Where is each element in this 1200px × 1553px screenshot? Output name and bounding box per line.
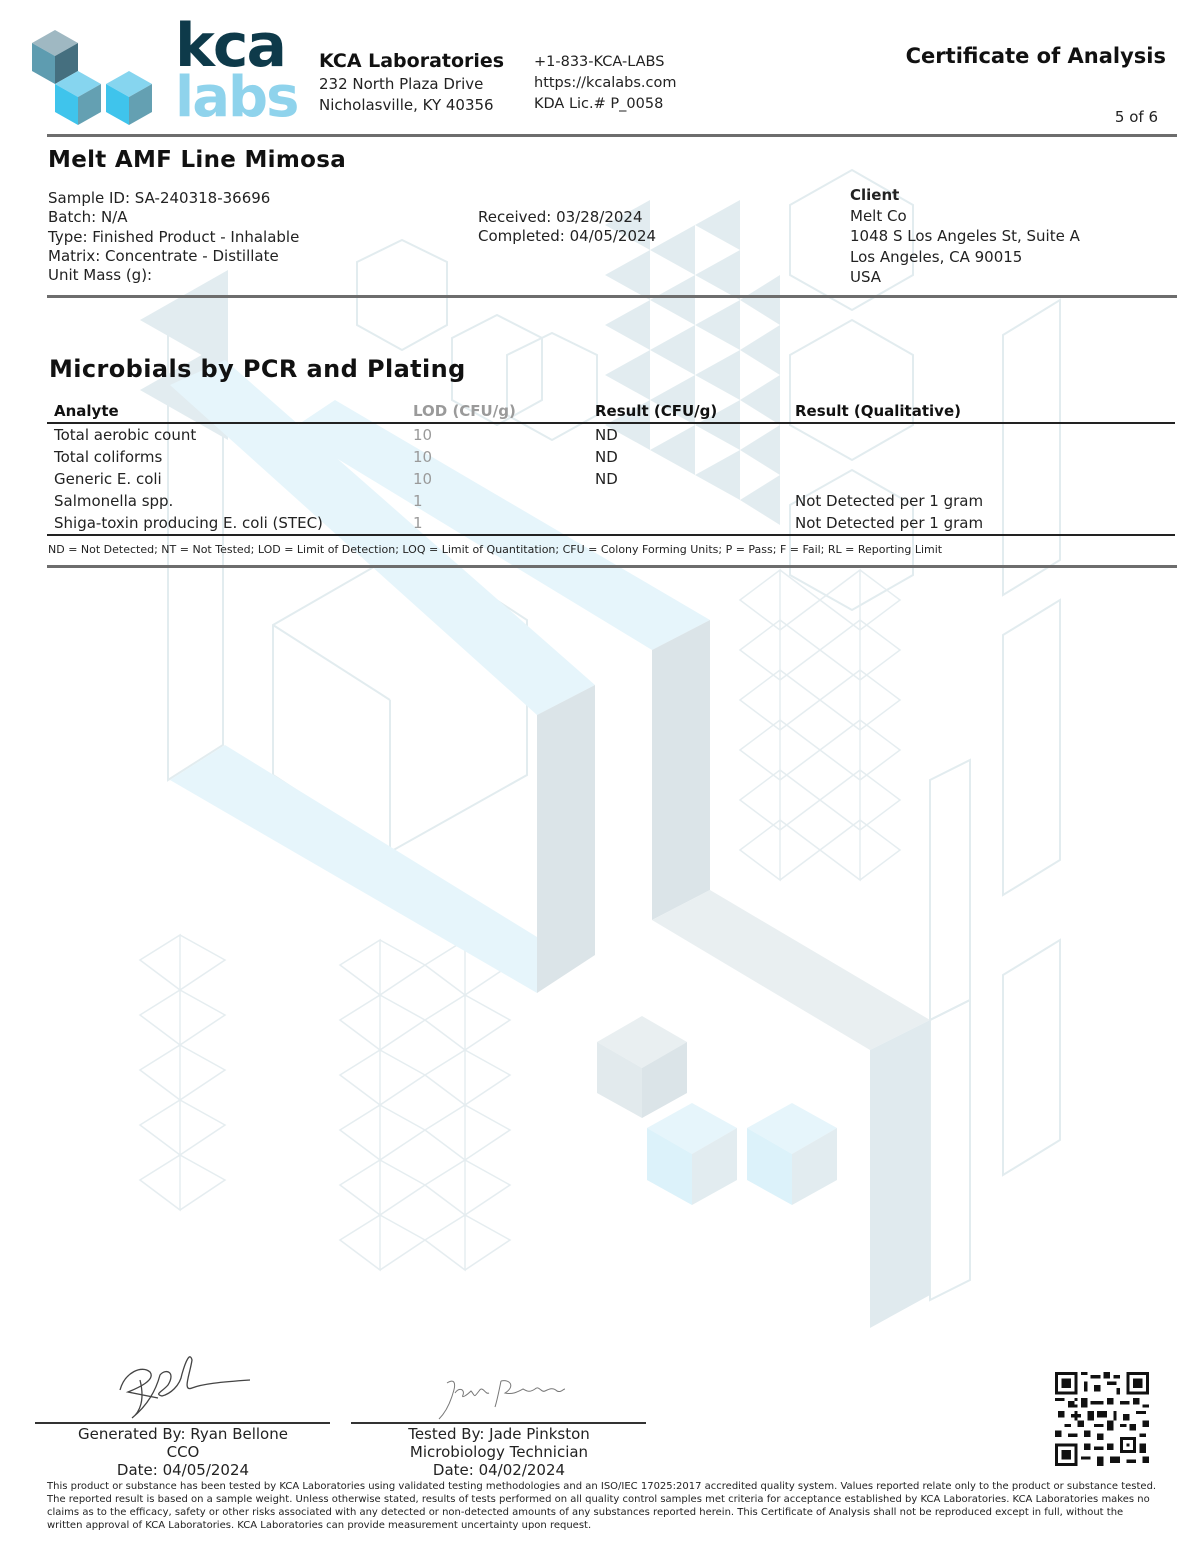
result-cfu-cell: ND: [588, 468, 788, 490]
sample-name: Melt AMF Line Mimosa: [48, 147, 346, 173]
sample-divider: [47, 295, 1177, 298]
kca-labs-logo: kca labs: [30, 26, 290, 130]
result-cfu-cell: [588, 512, 788, 535]
client-country: USA: [850, 267, 1080, 288]
result-cfu-cell: [588, 490, 788, 512]
signature-block-generated-by: Generated By: Ryan Bellone CCO Date: 04/…: [35, 1425, 331, 1479]
abbreviations-legend: ND = Not Detected; NT = Not Tested; LOD …: [48, 543, 942, 556]
column-header-lod: LOD (CFU/g): [406, 400, 588, 423]
client-city: Los Angeles, CA 90015: [850, 247, 1080, 268]
generated-by-name: Generated By: Ryan Bellone: [35, 1425, 331, 1443]
result-qualitative-cell: [788, 446, 1175, 468]
table-row: Salmonella spp. 1 Not Detected per 1 gra…: [47, 490, 1175, 512]
lab-license: KDA Lic.# P_0058: [534, 94, 676, 115]
generated-by-date: Date: 04/05/2024: [35, 1461, 331, 1479]
analyte-cell: Salmonella spp.: [47, 490, 406, 512]
signature-line-tested: [351, 1422, 646, 1424]
sample-batch: Batch: N/A: [48, 208, 299, 227]
lab-info: KCA Laboratories 232 North Plaza Drive N…: [319, 48, 504, 116]
table-row: Total coliforms 10 ND: [47, 446, 1175, 468]
signature-line-generated: [35, 1422, 330, 1424]
received-date: Received: 03/28/2024: [478, 208, 656, 227]
result-qualitative-cell: [788, 468, 1175, 490]
qr-code-icon[interactable]: [1055, 1372, 1149, 1466]
sample-type: Type: Finished Product - Inhalable: [48, 228, 299, 247]
sample-dates: Received: 03/28/2024 Completed: 04/05/20…: [478, 208, 656, 247]
signature-ryan-bellone: [110, 1350, 255, 1422]
lod-cell: 10: [406, 423, 588, 446]
logo-text-labs: labs: [175, 68, 297, 128]
signature-jade-pinkston: [435, 1373, 570, 1423]
lod-cell: 1: [406, 512, 588, 535]
client-street: 1048 S Los Angeles St, Suite A: [850, 226, 1080, 247]
lab-address-line2: Nicholasville, KY 40356: [319, 95, 504, 116]
column-header-result-cfu: Result (CFU/g): [588, 400, 788, 423]
result-cfu-cell: ND: [588, 423, 788, 446]
lab-phone: +1-833-KCA-LABS: [534, 52, 676, 73]
lod-cell: 1: [406, 490, 588, 512]
section-title-microbials: Microbials by PCR and Plating: [49, 355, 466, 383]
client-label: Client: [850, 185, 1080, 206]
microbials-results-table: Analyte LOD (CFU/g) Result (CFU/g) Resul…: [47, 400, 1175, 536]
client-info: Client Melt Co 1048 S Los Angeles St, Su…: [850, 185, 1080, 288]
lab-website-link[interactable]: https://kcalabs.com: [534, 73, 676, 94]
signature-block-tested-by: Tested By: Jade Pinkston Microbiology Te…: [351, 1425, 647, 1479]
lab-contact: +1-833-KCA-LABS https://kcalabs.com KDA …: [534, 52, 676, 115]
result-qualitative-cell: [788, 423, 1175, 446]
sample-id: Sample ID: SA-240318-36696: [48, 189, 299, 208]
lod-cell: 10: [406, 446, 588, 468]
analyte-cell: Shiga-toxin producing E. coli (STEC): [47, 512, 406, 535]
result-qualitative-cell: Not Detected per 1 gram: [788, 512, 1175, 535]
result-qualitative-cell: Not Detected per 1 gram: [788, 490, 1175, 512]
table-row: Shiga-toxin producing E. coli (STEC) 1 N…: [47, 512, 1175, 535]
section-divider: [47, 565, 1177, 568]
analyte-cell: Generic E. coli: [47, 468, 406, 490]
sample-matrix: Matrix: Concentrate - Distillate: [48, 247, 299, 266]
document-title: Certificate of Analysis: [906, 44, 1166, 68]
completed-date: Completed: 04/05/2024: [478, 227, 656, 246]
generated-by-title: CCO: [35, 1443, 331, 1461]
lab-address-line1: 232 North Plaza Drive: [319, 74, 504, 95]
result-cfu-cell: ND: [588, 446, 788, 468]
disclaimer-text: This product or substance has been teste…: [47, 1480, 1157, 1532]
tested-by-name: Tested By: Jade Pinkston: [351, 1425, 647, 1443]
lab-name: KCA Laboratories: [319, 48, 504, 74]
analyte-cell: Total aerobic count: [47, 423, 406, 446]
table-header-row: Analyte LOD (CFU/g) Result (CFU/g) Resul…: [47, 400, 1175, 423]
header-divider: [47, 134, 1177, 137]
sample-details: Sample ID: SA-240318-36696 Batch: N/A Ty…: [48, 189, 299, 285]
client-name: Melt Co: [850, 206, 1080, 227]
page-number: 5 of 6: [1115, 108, 1158, 126]
tested-by-date: Date: 04/02/2024: [351, 1461, 647, 1479]
table-row: Generic E. coli 10 ND: [47, 468, 1175, 490]
column-header-result-qualitative: Result (Qualitative): [788, 400, 1175, 423]
column-header-analyte: Analyte: [47, 400, 406, 423]
tested-by-title: Microbiology Technician: [351, 1443, 647, 1461]
analyte-cell: Total coliforms: [47, 446, 406, 468]
sample-unit-mass: Unit Mass (g):: [48, 266, 299, 285]
table-row: Total aerobic count 10 ND: [47, 423, 1175, 446]
lod-cell: 10: [406, 468, 588, 490]
